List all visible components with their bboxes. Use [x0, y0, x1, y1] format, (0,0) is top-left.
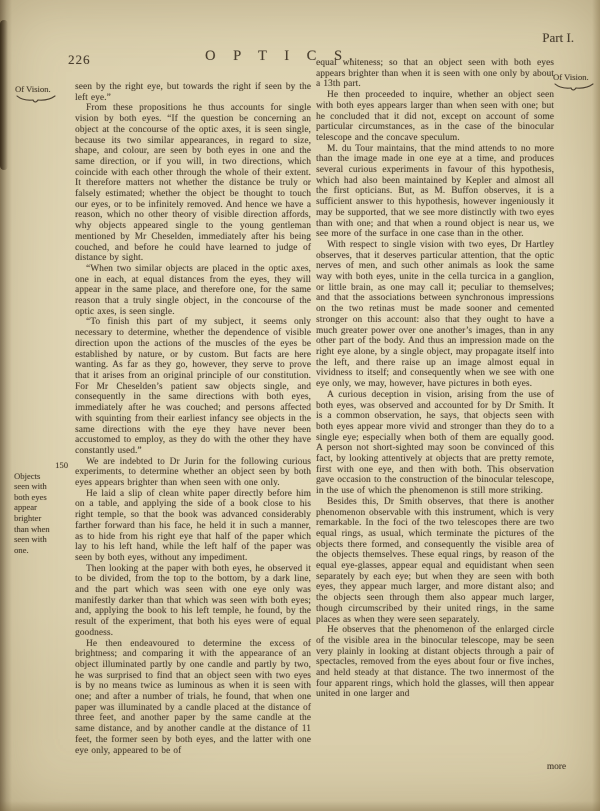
book-page: 226 O P T I C S. Part I. Of Vision. Of V… — [0, 0, 600, 811]
margin-note-left: Of Vision. — [15, 84, 71, 103]
margin-note-left-text: Of Vision. — [15, 84, 51, 94]
margin-section-note: 150 Objects seen with both eyes appear b… — [14, 460, 72, 555]
paragraph: “To finish this part of my subject, it s… — [75, 317, 311, 456]
section-number: 150 — [14, 460, 72, 471]
paragraph: M. du Tour maintains, that the mind atte… — [316, 144, 554, 240]
left-column: seen by the right eye, but towards the r… — [75, 82, 311, 768]
section-note-line: brighter — [14, 513, 72, 524]
paragraph: We are indebted to Dr Jurin for the foll… — [75, 457, 311, 489]
part-label: Part I. — [542, 30, 574, 46]
section-note-line: Objects — [14, 471, 72, 482]
margin-note-right: Of Vision. — [553, 72, 598, 91]
catchword: more — [316, 762, 566, 772]
paragraph: equal whiteness; so that an object seen … — [316, 58, 554, 90]
paragraph: He laid a slip of clean white paper dire… — [75, 489, 311, 564]
section-note-line: appear — [14, 502, 72, 513]
page-bottom-edge-shade — [0, 801, 600, 811]
margin-note-right-text: Of Vision. — [553, 72, 589, 82]
gutter-dark-smudge — [0, 20, 8, 170]
underbrace-icon — [553, 82, 595, 91]
right-column: equal whiteness; so that an object seen … — [316, 58, 554, 774]
section-note-line: one. — [14, 545, 72, 556]
paragraph: From these propositions he thus accounts… — [75, 103, 311, 264]
section-note-line: than when — [14, 524, 72, 535]
page-number: 226 — [68, 52, 91, 68]
section-note-line: seen with — [14, 534, 72, 545]
paragraph: He then endeavoured to determine the exc… — [75, 639, 311, 757]
paragraph: A curious deception in vision, arising f… — [316, 390, 554, 497]
page-title: O P T I C S. — [205, 48, 325, 65]
section-note-line: both eyes — [14, 492, 72, 503]
paragraph: He observes that the phenomenon of the e… — [316, 625, 554, 700]
page-right-edge-shade — [592, 0, 600, 811]
paragraph: seen by the right eye, but towards the r… — [75, 82, 311, 103]
underbrace-icon — [15, 94, 57, 103]
paragraph: With respect to single vision with two e… — [316, 240, 554, 390]
paragraph: Then looking at the paper with both eyes… — [75, 564, 311, 639]
paragraph: “When two similar objects are placed in … — [75, 264, 311, 318]
section-note-line: seen with — [14, 481, 72, 492]
paragraph: He then proceeded to inquire, whether an… — [316, 90, 554, 144]
paragraph: Besides this, Dr Smith observes, that th… — [316, 497, 554, 625]
